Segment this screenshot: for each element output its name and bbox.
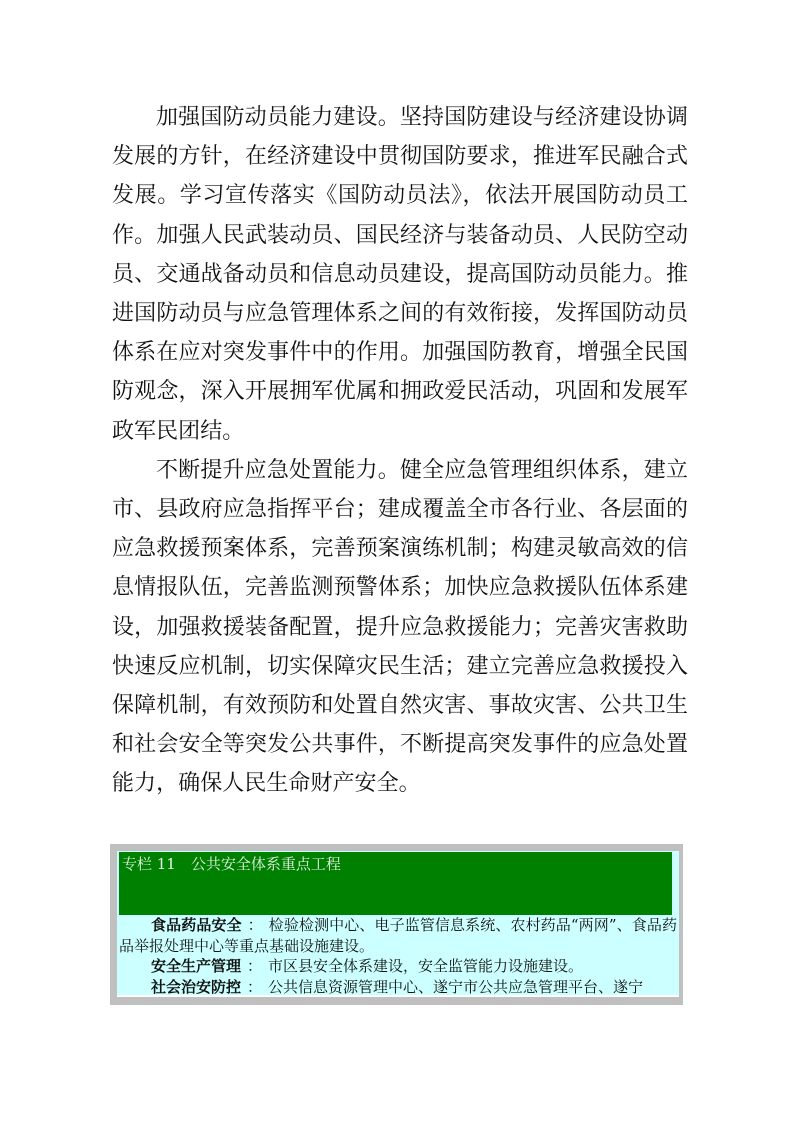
- sidebar-header-fill: 专栏 11 公共安全体系重点工程: [119, 852, 672, 915]
- document-body: 加强国防动员能力建设。坚持国防建设与经济建设协调发展的方针，在经济建设中贯彻国防…: [112, 98, 688, 804]
- sidebar-inner: 专栏 11 公共安全体系重点工程 食品药品安全：检验检测中心、电子监管信息系统、…: [117, 851, 679, 997]
- item-text: 市区县安全体系建设，安全监管能力设施建设。: [268, 957, 583, 975]
- sidebar-content: 食品药品安全：检验检测中心、电子监管信息系统、农村药品“两网”、食品药品举报处理…: [117, 915, 679, 995]
- item-label: 食品药品安全: [151, 916, 242, 934]
- item-separator: ：: [241, 957, 268, 975]
- paragraph-national-defense-mobilization: 加强国防动员能力建设。坚持国防建设与经济建设协调发展的方针，在经济建设中贯彻国防…: [112, 98, 688, 451]
- sidebar-box-public-safety: 专栏 11 公共安全体系重点工程 食品药品安全：检验检测中心、电子监管信息系统、…: [110, 844, 683, 1005]
- sidebar-item-food-drug-safety: 食品药品安全：检验检测中心、电子监管信息系统、农村药品“两网”、食品药品举报处理…: [117, 915, 679, 956]
- item-separator: ：: [241, 978, 268, 996]
- item-label: 安全生产管理: [151, 957, 241, 975]
- sidebar-item-public-security: 社会治安防控：公共信息资源管理中心、遂宁市公共应急管理平台、遂宁: [117, 977, 679, 998]
- item-text: 公共信息资源管理中心、遂宁市公共应急管理平台、遂宁: [268, 978, 643, 996]
- item-label: 社会治安防控: [151, 978, 241, 996]
- sidebar-title: 专栏 11 公共安全体系重点工程: [122, 855, 342, 874]
- sidebar-item-production-safety: 安全生产管理：市区县安全体系建设，安全监管能力设施建设。: [117, 956, 679, 977]
- item-separator: ：: [242, 916, 269, 934]
- sidebar-header: 专栏 11 公共安全体系重点工程: [117, 851, 679, 915]
- paragraph-emergency-response: 不断提升应急处置能力。健全应急管理组织体系，建立市、县政府应急指挥平台；建成覆盖…: [112, 451, 688, 804]
